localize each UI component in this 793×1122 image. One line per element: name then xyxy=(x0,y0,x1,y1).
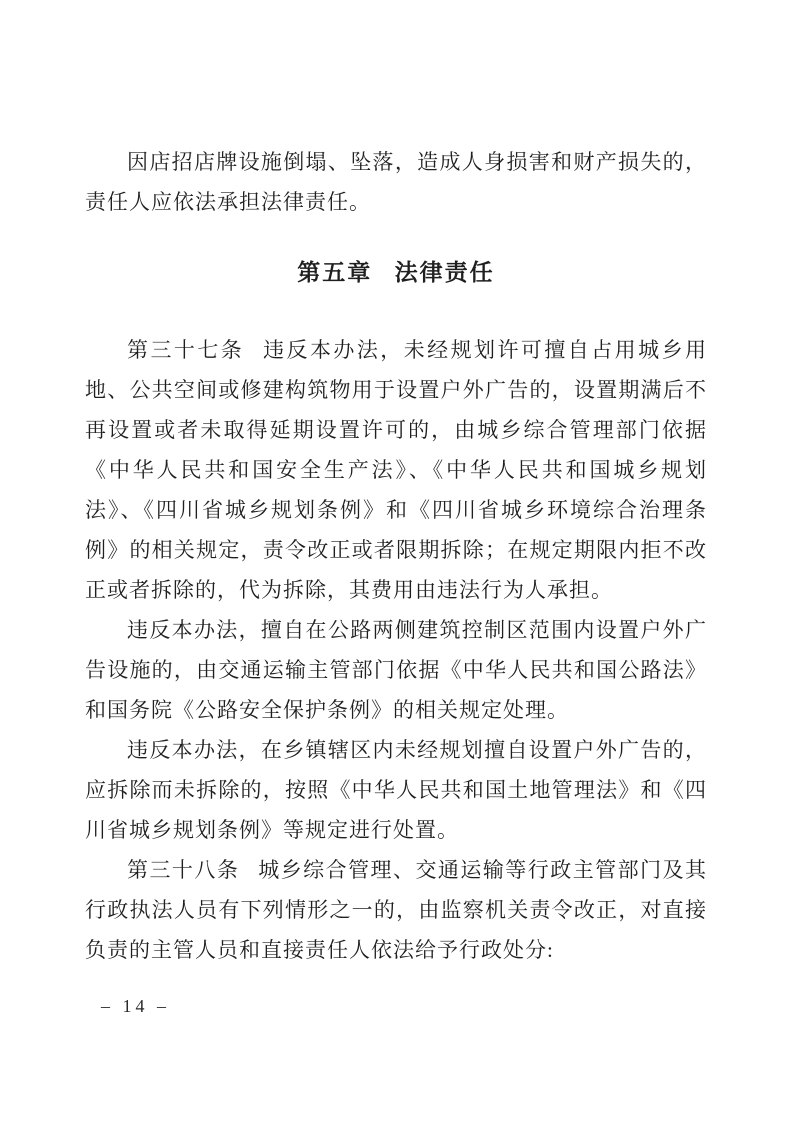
page-number: – 14 – xyxy=(101,996,170,1017)
chapter-heading: 第五章 法律责任 xyxy=(85,252,707,292)
article-38-paragraph: 第三十八条城乡综合管理、交通运输等行政主管部门及其行政执法人员有下列情形之一的，… xyxy=(85,850,707,970)
article-number: 第三十七条 xyxy=(127,338,244,362)
document-page: 因店招店牌设施倒塌、坠落，造成人身损害和财产损失的，责任人应依法承担法律责任。 … xyxy=(0,0,793,1122)
paragraph-text: 违反本办法，擅自在公路两侧建筑控制区范围内设置户外广告设施的，由交通运输主管部门… xyxy=(85,618,707,722)
article-number: 第三十八条 xyxy=(127,858,239,882)
article-37-paragraph: 第三十七条违反本办法，未经规划许可擅自占用城乡用地、公共空间或修建构筑物用于设置… xyxy=(85,330,707,610)
paragraph-text: 因店招店牌设施倒塌、坠落，造成人身损害和财产损失的，责任人应依法承担法律责任。 xyxy=(85,150,707,214)
article-37-township-paragraph: 违反本办法，在乡镇辖区内未经规划擅自设置户外广告的，应拆除而未拆除的，按照《中华… xyxy=(85,730,707,850)
page-content: 因店招店牌设施倒塌、坠落，造成人身损害和财产损失的，责任人应依法承担法律责任。 … xyxy=(85,142,707,970)
paragraph-text: 违反本办法，在乡镇辖区内未经规划擅自设置户外广告的，应拆除而未拆除的，按照《中华… xyxy=(85,738,707,842)
article-37-highway-paragraph: 违反本办法，擅自在公路两侧建筑控制区范围内设置户外广告设施的，由交通运输主管部门… xyxy=(85,610,707,730)
paragraph-text: 违反本办法，未经规划许可擅自占用城乡用地、公共空间或修建构筑物用于设置户外广告的… xyxy=(85,338,707,602)
intro-paragraph: 因店招店牌设施倒塌、坠落，造成人身损害和财产损失的，责任人应依法承担法律责任。 xyxy=(85,142,707,222)
